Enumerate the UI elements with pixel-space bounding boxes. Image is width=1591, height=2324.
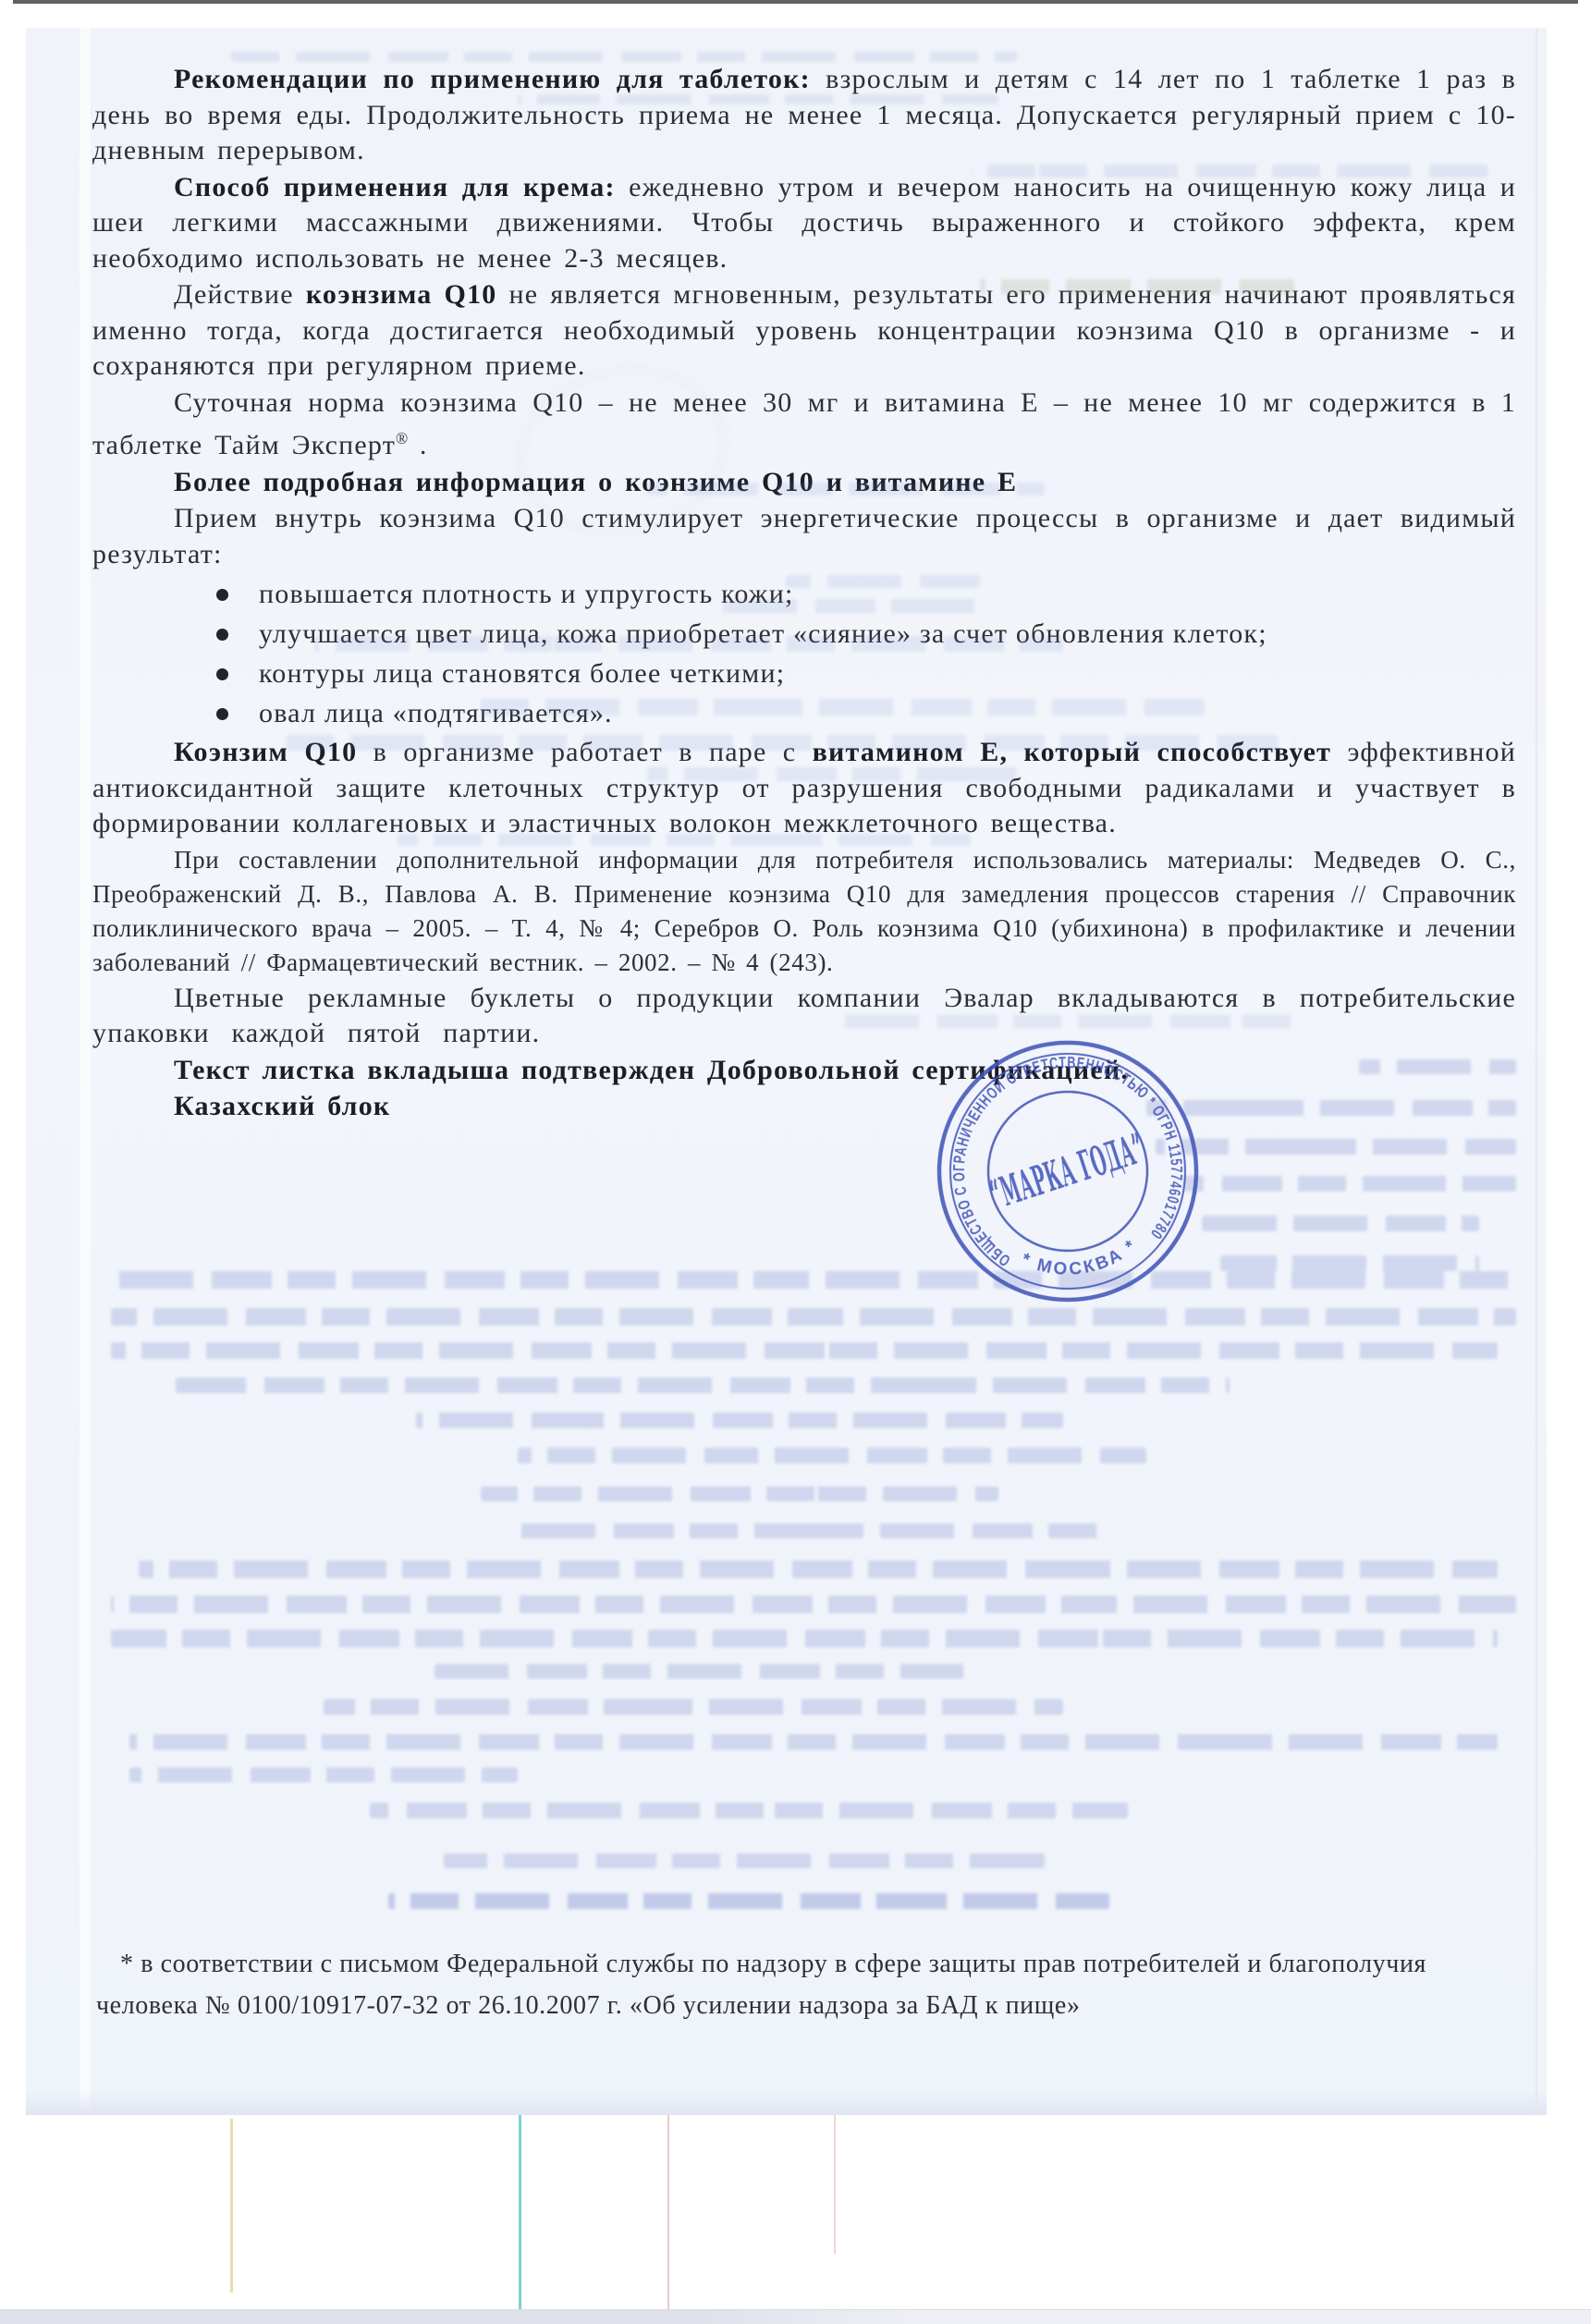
text-flow: Рекомендации по применению для таблеток:… bbox=[92, 61, 1516, 1126]
bleedthrough-text-line bbox=[370, 1803, 1128, 1818]
bleedthrough-text-line bbox=[721, 599, 989, 613]
body-paragraph: Действие коэнзима Q10 не является мгнове… bbox=[92, 277, 1516, 385]
footnote-line-2: человека № 0100/10917-07-32 от 26.10.200… bbox=[96, 1985, 1505, 2026]
scan-artifact-line-cyan bbox=[519, 2115, 521, 2324]
scan-right-edge bbox=[1536, 28, 1537, 2115]
bleedthrough-text-line bbox=[518, 1448, 1146, 1463]
bleedthrough-text-line bbox=[111, 1596, 1516, 1613]
body-paragraph: Прием внутрь коэнзима Q10 стимулирует эн… bbox=[92, 501, 1516, 572]
bold-run: Рекомендации по применению для таблеток: bbox=[174, 64, 811, 94]
bleedthrough-text-line bbox=[129, 1734, 1498, 1750]
bullet-item: контуры лица становятся более четкими; bbox=[92, 655, 1516, 691]
scan-artifact-line-pink bbox=[834, 2115, 836, 2254]
scan-bottom-bar bbox=[0, 2309, 1591, 2324]
scanned-document-page: { "colors":{ "paper":"#f1f4fa", "ink":"#… bbox=[0, 0, 1591, 2324]
bleedthrough-text-line bbox=[518, 1523, 1109, 1538]
scan-artifact-line-yellow bbox=[230, 2119, 233, 2293]
text-run: Прием внутрь коэнзима Q10 стимулирует эн… bbox=[92, 503, 1516, 569]
scan-top-edge bbox=[13, 0, 1578, 4]
marka-goda-stamp: ОБЩЕСТВО С ОГРАНИЧЕННОЙ ОТВЕТСТВЕННОСТЬЮ… bbox=[912, 1015, 1225, 1328]
bleedthrough-text-line bbox=[139, 1560, 1498, 1578]
body-paragraph: Коэнзим Q10 в организме работает в паре … bbox=[92, 735, 1516, 842]
bleedthrough-text-line bbox=[1156, 1139, 1516, 1155]
body-paragraph: Рекомендации по применению для таблеток:… bbox=[92, 62, 1516, 169]
bleedthrough-text-line bbox=[129, 1767, 518, 1782]
bleedthrough-text-line bbox=[324, 1699, 1063, 1715]
text-run: . bbox=[408, 430, 427, 460]
bleedthrough-text-line bbox=[434, 1664, 980, 1679]
scan-fold-streak bbox=[80, 28, 91, 2115]
bleedthrough-text-line bbox=[647, 767, 1017, 781]
footnote-line-1: * в соответствии с письмом Федеральной с… bbox=[96, 1943, 1505, 1985]
bleedthrough-text-line bbox=[287, 735, 1294, 751]
stamp-bottom-text: * МОСКВА * bbox=[1016, 1233, 1144, 1287]
bleedthrough-text-line bbox=[481, 1486, 998, 1501]
bleedthrough-text-line bbox=[481, 699, 1220, 716]
bleedthrough-text-line bbox=[1183, 1176, 1516, 1192]
registered-mark: ® bbox=[396, 429, 408, 447]
text-run: Действие bbox=[174, 279, 306, 310]
bleedthrough-text-line bbox=[176, 1377, 1230, 1393]
body-paragraph: При составлении дополнительной информаци… bbox=[92, 843, 1516, 980]
body-paragraph: Цветные рекламные буклеты о продукции ко… bbox=[92, 981, 1516, 1052]
stamp-center-text: “МАРКА ГОДА” bbox=[985, 1125, 1150, 1219]
bleedthrough-text-line bbox=[111, 1308, 1516, 1326]
body-paragraph: Суточная норма коэнзима Q10 – не менее 3… bbox=[92, 385, 1516, 464]
bleedthrough-text-line bbox=[111, 1271, 1516, 1289]
bleedthrough-text-line bbox=[1220, 1255, 1479, 1271]
bold-run: Способ применения для крема: bbox=[174, 172, 616, 202]
scan-artifact-line-pink bbox=[667, 2115, 669, 2309]
bleedthrough-text-line bbox=[314, 636, 1063, 652]
scanned-page: Рекомендации по применению для таблеток:… bbox=[26, 28, 1547, 2115]
bleedthrough-text-line bbox=[444, 1853, 1045, 1868]
bleedthrough-text-line bbox=[980, 279, 1294, 294]
bleedthrough-text-line bbox=[111, 1630, 1498, 1647]
bleedthrough-text-line bbox=[398, 834, 971, 846]
bleedthrough-text-line bbox=[1146, 1100, 1516, 1116]
bleedthrough-text-line bbox=[416, 1413, 1063, 1428]
certification-line: Текст листка вкладыша подтвержден Добров… bbox=[92, 1053, 1516, 1089]
bleedthrough-text-line bbox=[111, 1342, 1498, 1359]
bleedthrough-text-line bbox=[832, 1015, 1294, 1028]
bold-run: Казахский блок bbox=[174, 1091, 390, 1121]
text-run: Цветные рекламные буклеты о продукции ко… bbox=[92, 983, 1516, 1049]
footnote: * в соответствии с письмом Федеральной с… bbox=[96, 1943, 1505, 2026]
bleedthrough-text-line bbox=[786, 575, 980, 588]
text-run: При составлении дополнительной информаци… bbox=[92, 846, 1516, 976]
bleedthrough-text-line bbox=[1359, 1059, 1516, 1074]
bleedthrough-text-line bbox=[971, 165, 1488, 177]
text-run: Суточная норма коэнзима Q10 – не менее 3… bbox=[92, 387, 1516, 461]
bleedthrough-text-line bbox=[1202, 1216, 1479, 1231]
bold-run: коэнзима Q10 bbox=[306, 279, 497, 310]
bleedthrough-text-line bbox=[231, 52, 1017, 62]
bleedthrough-text-line bbox=[388, 1893, 1109, 1909]
body-paragraph: Способ применения для крема: ежедневно у… bbox=[92, 170, 1516, 277]
bleedthrough-text-line bbox=[518, 94, 998, 104]
